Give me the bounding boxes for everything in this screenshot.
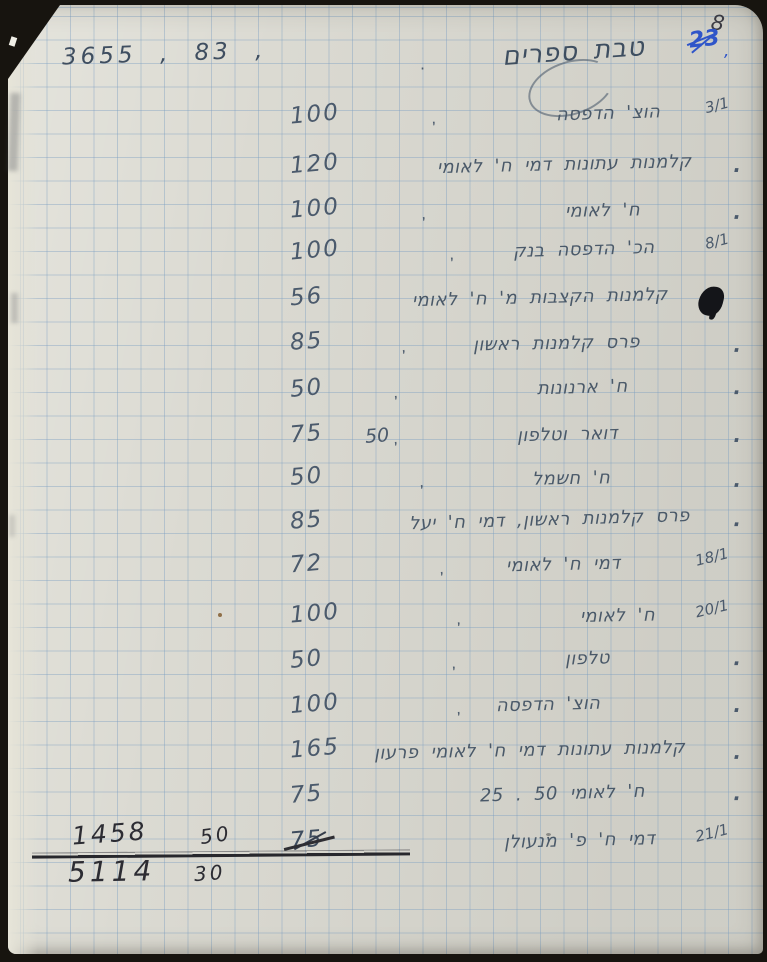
entry-description: דואר וטלפון bbox=[517, 423, 618, 446]
tick-mark: , bbox=[452, 610, 462, 629]
tick-mark: , bbox=[415, 473, 425, 492]
ledger-row: 100 , הוצ' הדפסה . bbox=[8, 691, 763, 727]
ledger-row: 100 , הכ' הדפסה בנק 8/1 bbox=[8, 235, 763, 275]
crossed-out-number: 23 bbox=[688, 25, 721, 53]
entry-date: . bbox=[733, 153, 741, 177]
entry-amount: 100 bbox=[289, 235, 341, 265]
tick-mark: , bbox=[397, 338, 407, 357]
entry-description: ח' חשמל bbox=[532, 467, 611, 489]
entry-description: הכ' הדפסה בנק bbox=[513, 237, 655, 262]
ledger-row: 50 , טלפון . bbox=[8, 644, 763, 684]
entry-date: . bbox=[733, 333, 741, 357]
entry-date: . bbox=[733, 468, 741, 492]
notebook-page: 8 23 , 3655 , 83 , טבת ספרים · 100 , הוצ… bbox=[8, 5, 763, 954]
tick-mark: , bbox=[389, 430, 399, 449]
blue-ink-mark: , bbox=[724, 41, 729, 61]
entry-description: דמי ח' לאומי bbox=[505, 553, 620, 577]
scanned-ledger-screenshot: { "scan": { "page_number": "8", "crossed… bbox=[0, 0, 767, 962]
entry-description: ח' ארנונות bbox=[537, 376, 628, 400]
entry-description: הוצ' הדפסה bbox=[555, 101, 660, 125]
entry-date: . bbox=[733, 646, 741, 670]
entry-description: פרס קלמנות ראשון bbox=[473, 331, 640, 355]
entry-date: . bbox=[733, 507, 741, 531]
subtotal-amount: 1458 bbox=[71, 816, 148, 850]
entry-amount: 75 bbox=[289, 780, 325, 809]
ledger-row: 72 , דמי ח' לאומי 18/1 bbox=[8, 551, 763, 587]
entry-description: קלמנות הקצבות מ' ח' לאומי bbox=[412, 284, 668, 311]
entry-description: קלמנות עתונות דמי ח' לאומי bbox=[437, 151, 692, 178]
ledger-row: 56 קלמנות הקצבות מ' ח' לאומי bbox=[8, 284, 763, 320]
entry-date: . bbox=[733, 375, 741, 399]
tick-mark: , bbox=[435, 560, 445, 579]
entry-amount: 50 bbox=[289, 374, 325, 403]
entry-date: 21/1 bbox=[694, 820, 731, 846]
entry-date: . bbox=[733, 693, 741, 717]
entry-amount: 75 bbox=[289, 420, 324, 449]
entry-description: קלמנות עתונות דמי ח' לאומי פרעון bbox=[374, 737, 686, 764]
ledger-row: 50 , ח' חשמל . bbox=[8, 462, 763, 502]
ledger-row: 100 , הוצ' הדפסה 3/1 bbox=[8, 99, 763, 139]
grand-total-agorot: 30 bbox=[193, 860, 226, 886]
entry-amount: 50 bbox=[289, 645, 325, 674]
entry-amount: 56 bbox=[289, 283, 324, 312]
ledger-row: 120 קלמנות עתונות דמי ח' לאומי . bbox=[8, 151, 763, 187]
entry-date: 20/1 bbox=[694, 596, 731, 621]
entry-amount: 100 bbox=[289, 599, 341, 629]
entry-amount: 72 bbox=[289, 550, 324, 579]
entry-description: ח' לאומי bbox=[580, 604, 655, 626]
ledger-row: 75 50 , דואר וטלפון . bbox=[8, 421, 763, 457]
ledger-row: 85 , פרס קלמנות ראשון . bbox=[8, 327, 763, 367]
entry-date: . bbox=[733, 781, 741, 805]
tick-mark: , bbox=[445, 245, 455, 264]
entry-amount: 85 bbox=[289, 506, 325, 535]
tick-mark: , bbox=[452, 700, 462, 719]
entry-date: 3/1 bbox=[703, 94, 731, 117]
entry-description: ח' לאומי 50 . 25 bbox=[480, 781, 646, 807]
entry-description: פרס קלמנות ראשון, דמי ח' יעל bbox=[409, 505, 690, 534]
entry-date: . bbox=[733, 200, 741, 224]
entry-amount: 100 bbox=[289, 194, 341, 224]
subtotal-agorot: 50 bbox=[198, 821, 232, 849]
grand-total-amount: 5114 bbox=[68, 854, 156, 889]
tick-mark: , bbox=[389, 384, 399, 403]
entry-amount-secondary: 50 bbox=[364, 424, 390, 448]
entry-amount: 100 bbox=[289, 99, 341, 129]
ledger-row: 100 , ח' לאומי . bbox=[8, 194, 763, 234]
entry-description: טלפון bbox=[565, 647, 611, 669]
entry-amount: 50 bbox=[289, 462, 324, 491]
ledger-row: 100 , ח' לאומי 20/1 bbox=[8, 599, 763, 639]
entry-amount: 120 bbox=[289, 149, 341, 179]
ink-dot: · bbox=[420, 59, 425, 78]
ledger-row: 165 קלמנות עתונות דמי ח' לאומי פרעון . bbox=[8, 734, 763, 774]
entry-date: . bbox=[733, 423, 741, 447]
ledger-row: 75 ח' לאומי 50 . 25 . bbox=[8, 779, 763, 819]
entry-amount: 85 bbox=[289, 327, 324, 356]
tick-mark: , bbox=[447, 654, 457, 673]
entry-description: דמי ח' פ' מנעולן bbox=[503, 828, 655, 853]
entry-date: 18/1 bbox=[694, 544, 731, 570]
entry-amount: 100 bbox=[289, 689, 341, 719]
tick-mark: , bbox=[417, 205, 427, 224]
entry-description: הוצ' הדפסה bbox=[495, 693, 600, 717]
carried-figures: 3655 , 83 , bbox=[62, 37, 267, 70]
ledger-row: 50 , ח' ארנונות . bbox=[8, 373, 763, 413]
ledger-row: 85 פרס קלמנות ראשון, דמי ח' יעל . bbox=[8, 505, 763, 545]
entry-amount: 165 bbox=[289, 734, 341, 764]
tick-mark: , bbox=[427, 109, 437, 128]
entry-date: . bbox=[733, 740, 741, 764]
entry-description: ח' לאומי bbox=[565, 199, 640, 221]
ink-blot bbox=[696, 284, 727, 319]
